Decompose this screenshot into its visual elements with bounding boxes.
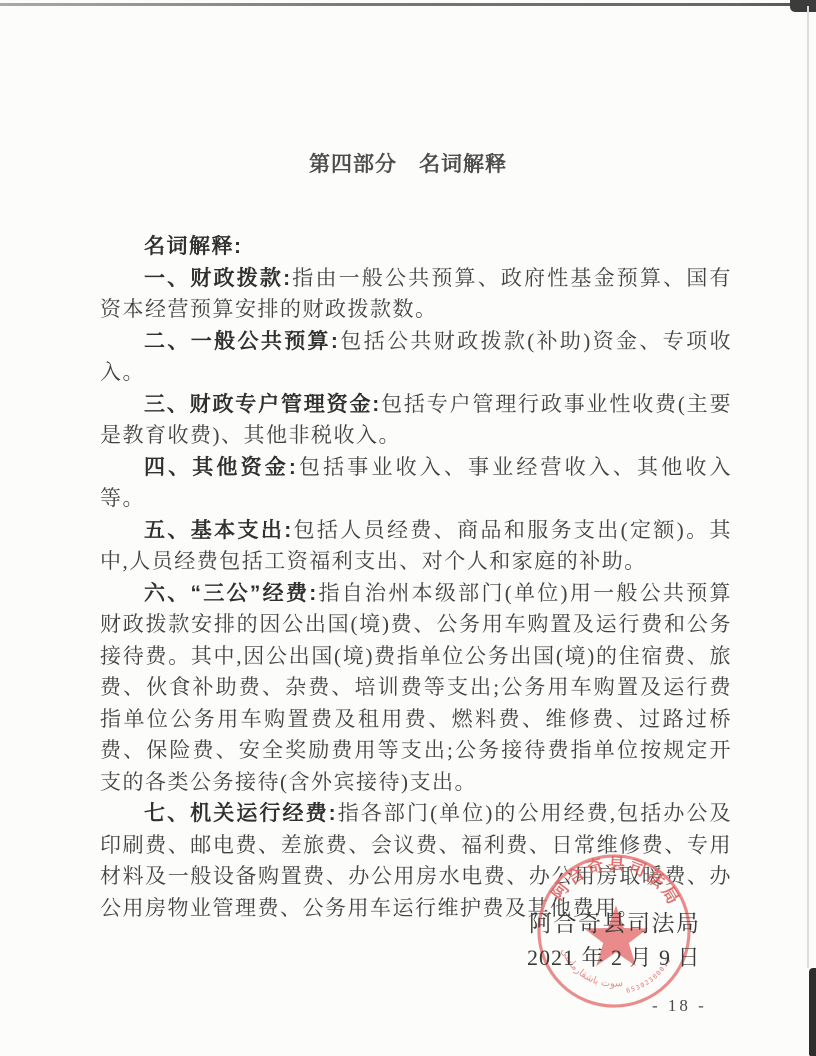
entry-6-text: 指自治州本级部门(单位)用一般公共预算财政拨款安排的因公出国(境)费、公务用车购… [100, 581, 732, 794]
glossary-entry-2: 二、一般公共预算:包括公共财政拨款(补助)资金、专项收入。 [100, 326, 732, 389]
entry-1-label: 一、财政拨款: [144, 267, 292, 290]
scan-edge-artifact-corner [790, 0, 816, 12]
glossary-entry-4: 四、其他资金:包括事业收入、事业经营收入、其他收入等。 [100, 452, 732, 515]
issue-date: 2021 年 2 月 9 日 [527, 941, 701, 972]
scan-edge-artifact-bottom-right [809, 968, 816, 1056]
entry-5-label: 五、基本支出: [144, 519, 293, 542]
glossary-heading-label: 名词解释: [144, 235, 243, 258]
document-body: 名词解释: 一、财政拨款:指由一般公共预算、政府性基金预算、国有资本经营预算安排… [100, 231, 732, 924]
entry-6-label: 六、“三公”经费: [144, 582, 318, 605]
glossary-entry-5: 五、基本支出:包括人员经费、商品和服务支出(定额)。其中,人员经费包括工资福利支… [100, 515, 732, 578]
seal-arc-text: 阿合奇县司法局 [548, 854, 685, 910]
entry-7-label: 七、机关运行经费: [144, 802, 337, 825]
scan-edge-artifact-top [0, 3, 816, 6]
entry-4-label: 四、其他资金: [144, 456, 297, 479]
glossary-entry-6: 六、“三公”经费:指自治州本级部门(单位)用一般公共预算财政拨款安排的因公出国(… [100, 578, 732, 799]
entry-2-label: 二、一般公共预算: [144, 330, 339, 353]
section-title: 第四部分 名词解释 [0, 148, 816, 178]
page-number: - 18 - [652, 996, 707, 1016]
glossary-entry-1: 一、财政拨款:指由一般公共预算、政府性基金预算、国有资本经营预算安排的财政拨款数… [100, 263, 732, 326]
glossary-entry-3: 三、财政专户管理资金:包括专户管理行政事业性收费(主要是教育收费)、其他非税收入… [100, 389, 732, 452]
glossary-heading: 名词解释: [100, 231, 732, 263]
entry-3-label: 三、财政专户管理资金: [144, 393, 381, 416]
issuer-name: 阿合奇县司法局 [529, 905, 701, 938]
scanned-document-page: 第四部分 名词解释 名词解释: 一、财政拨款:指由一般公共预算、政府性基金预算、… [0, 0, 816, 1056]
